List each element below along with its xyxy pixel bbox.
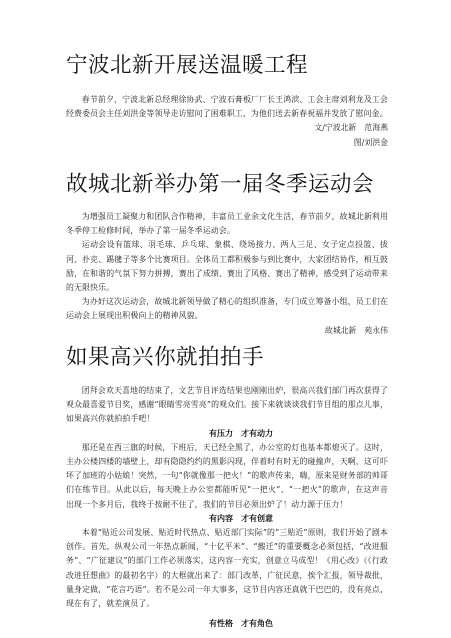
byline-photo: 图/刘洪金 xyxy=(66,136,388,150)
article-title: 如果高兴你就拍拍手 xyxy=(66,345,388,371)
article-paragraph: 为增强员工凝聚力和团队合作精神，丰富员工业余文化生活，春节前夕，故城北新利用冬季… xyxy=(66,210,388,238)
article-paragraph: 为办好这次运动会，故城北新领导做了精心的组织准备，专门成立筹备小组，员工们在运动… xyxy=(66,295,388,323)
section-text: 本着“贴近公司发展、贴近时代热点、贴近部门实际”的“三贴近”原则，我们开始了剧本… xyxy=(66,526,388,611)
byline-author: 故城北新 苑永伟 xyxy=(66,324,388,338)
article-title: 故城北新举办第一届冬季运动会 xyxy=(66,172,388,198)
article-clap-your-hands: 如果高兴你就拍拍手 团拜会欢天喜地的结束了，文艺节目评选结果也刚刚出炉，很高兴我… xyxy=(66,345,388,631)
section-heading: 有性格 才有角色 xyxy=(66,617,388,631)
article-paragraph: 春节前夕，宁波北新总经理徐协武、宁波石膏板厂厂长王鸿滨、工会主席刘利龙及工会经费… xyxy=(66,93,388,121)
article-paragraph: 运动会设有篮球、羽毛球、乒乓球、象棋、绕场接力、两人三足、女子定点投篮、拔河、扑… xyxy=(66,238,388,295)
section-heading: 有压力 才有动力 xyxy=(66,427,388,441)
section-text: 那还是在西三旗的时候，下班后，天已经全黑了，办公室的灯也基本都熄灭了。这时，主办… xyxy=(66,441,388,512)
byline-author: 文/宁波北新 范海燕 xyxy=(66,121,388,135)
document-page: 宁波北新开展送温暖工程 春节前夕，宁波北新总经理徐协武、宁波石膏板厂厂长王鸿滨、… xyxy=(0,0,451,638)
article-warmth-project: 宁波北新开展送温暖工程 春节前夕，宁波北新总经理徐协武、宁波石膏板厂厂长王鸿滨、… xyxy=(66,53,388,150)
article-winter-games: 故城北新举办第一届冬季运动会 为增强员工凝聚力和团队合作精神，丰富员工业余文化生… xyxy=(66,172,388,338)
article-intro: 团拜会欢天喜地的结束了，文艺节目评选结果也刚刚出炉，很高兴我们部门再次获得了观众… xyxy=(66,384,388,427)
article-title: 宁波北新开展送温暖工程 xyxy=(66,53,388,79)
section-heading: 有内容 才有创意 xyxy=(66,512,388,526)
